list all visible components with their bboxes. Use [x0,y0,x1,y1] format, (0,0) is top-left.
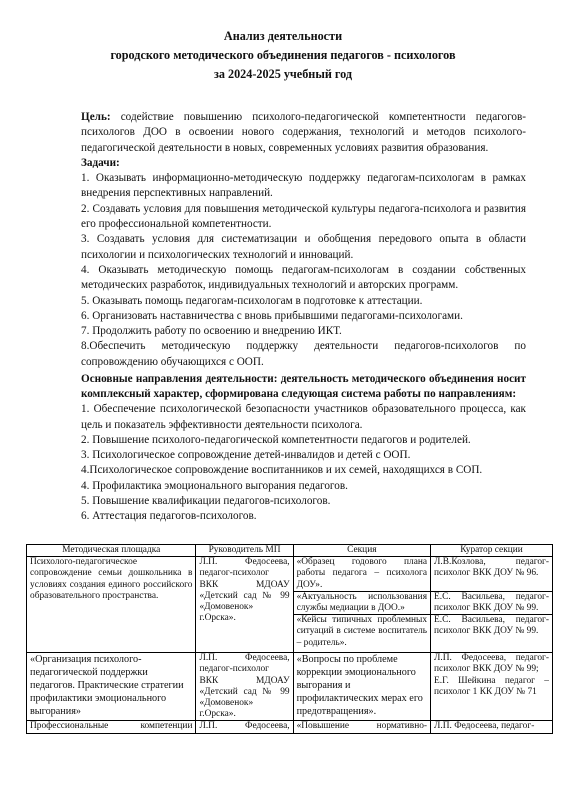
section-cell: «Образец годового плана работы педагога … [293,557,430,592]
task-item: 7. Продолжить работу по освоению и внедр… [81,324,526,339]
curator-name-2: Е.Г. Шейкина педагог – психолог 1 КК ДОУ… [434,676,549,698]
leader-cell: Л.П. Федосеева, педагог-психолог ВКК МДО… [196,653,293,721]
direction-item: 4. Профилактика эмоционального выгорания… [81,479,526,494]
direction-item: 2. Повышение психолого-педагогической ко… [81,433,526,448]
direction-item: 1. Обеспечение психологической безопасно… [81,402,526,433]
title-line-3: за 2024-2025 учебный год [0,65,566,84]
section-cell: «Актуальность использования службы медиа… [293,591,430,614]
table-header-row: Методическая площадка Руководитель МП Се… [27,545,553,557]
section-cell: «Вопросы по проблеме коррекции эмоционал… [293,653,430,721]
header-curator: Куратор секции [431,545,553,557]
task-item: 5. Оказывать помощь педагогам-психологам… [81,294,526,309]
direction-item: 6. Аттестация педагогов-психологов. [81,509,526,524]
task-item: 6. Организовать наставничества с вновь п… [81,309,526,324]
header-platform: Методическая площадка [27,545,196,557]
platform-cell: Психолого-педагогическое сопровождение с… [27,557,196,653]
direction-item: 5. Повышение квалификации педагогов-псих… [81,494,526,509]
document-title: Анализ деятельности городского методичес… [0,27,566,84]
platform-cell: Профессиональные компетенции [27,721,196,733]
goal-text: содействие повышению психолого-педагогич… [81,111,526,154]
goal-label: Цель: [81,111,111,123]
sections-table: Методическая площадка Руководитель МП Се… [26,544,553,734]
curator-cell: Е.С. Васильева, педагог-психолог ВКК ДОУ… [431,615,553,653]
directions-list: 1. Обеспечение психологической безопасно… [81,402,526,524]
title-line-2: городского методического объединения пед… [0,46,566,65]
section-cell: «Кейсы типичных проблемных ситуаций в си… [293,615,430,653]
curator-cell: Л.П. Федосеева, педагог- [431,721,553,733]
leader-cell: Л.П. Федосеева, [196,721,293,733]
leader-cell: Л.П. Федосеева, педагог-психолог ВКК МДО… [196,557,293,653]
title-line-1: Анализ деятельности [0,27,566,46]
curator-cell: Л.П. Федосеева, педагог-психолог ВКК ДОУ… [431,653,553,721]
section-cell: «Повышение нормативно- [293,721,430,733]
table-row: Профессиональные компетенции Л.П. Федосе… [27,721,553,733]
task-item: 1. Оказывать информационно-методическую … [81,171,526,202]
task-item: 2. Создавать условия для повышения метод… [81,202,526,233]
table-row: «Организация психолого-педагогической по… [27,653,553,721]
task-item: 8.Обеспечить методическую поддержку деят… [81,339,526,370]
tasks-heading: Задачи: [81,156,526,171]
curator-name-1: Л.П. Федосеева, педагог-психолог ВКК ДОУ… [434,653,549,675]
goal-paragraph: Цель: содействие повышению психолого-пед… [81,110,526,156]
directions-heading: Основные направления деятельности: деяте… [81,372,526,403]
curator-cell: Л.В.Козлова, педагог-психолог ВКК ДОУ № … [431,557,553,592]
document-body: Цель: содействие повышению психолого-пед… [81,110,526,525]
table-row: Психолого-педагогическое сопровождение с… [27,557,553,592]
curator-cell: Е.С. Васильева, педагог-психолог ВКК ДОУ… [431,591,553,614]
direction-item: 4.Психологическое сопровождение воспитан… [81,463,526,478]
direction-item: 3. Психологическое сопровождение детей-и… [81,448,526,463]
tasks-list: 1. Оказывать информационно-методическую … [81,171,526,370]
header-leader: Руководитель МП [196,545,293,557]
platform-cell: «Организация психолого-педагогической по… [27,653,196,721]
task-item: 4. Оказывать методическую помощь педагог… [81,263,526,294]
header-section: Секция [293,545,430,557]
task-item: 3. Создавать условия для систематизации … [81,232,526,263]
